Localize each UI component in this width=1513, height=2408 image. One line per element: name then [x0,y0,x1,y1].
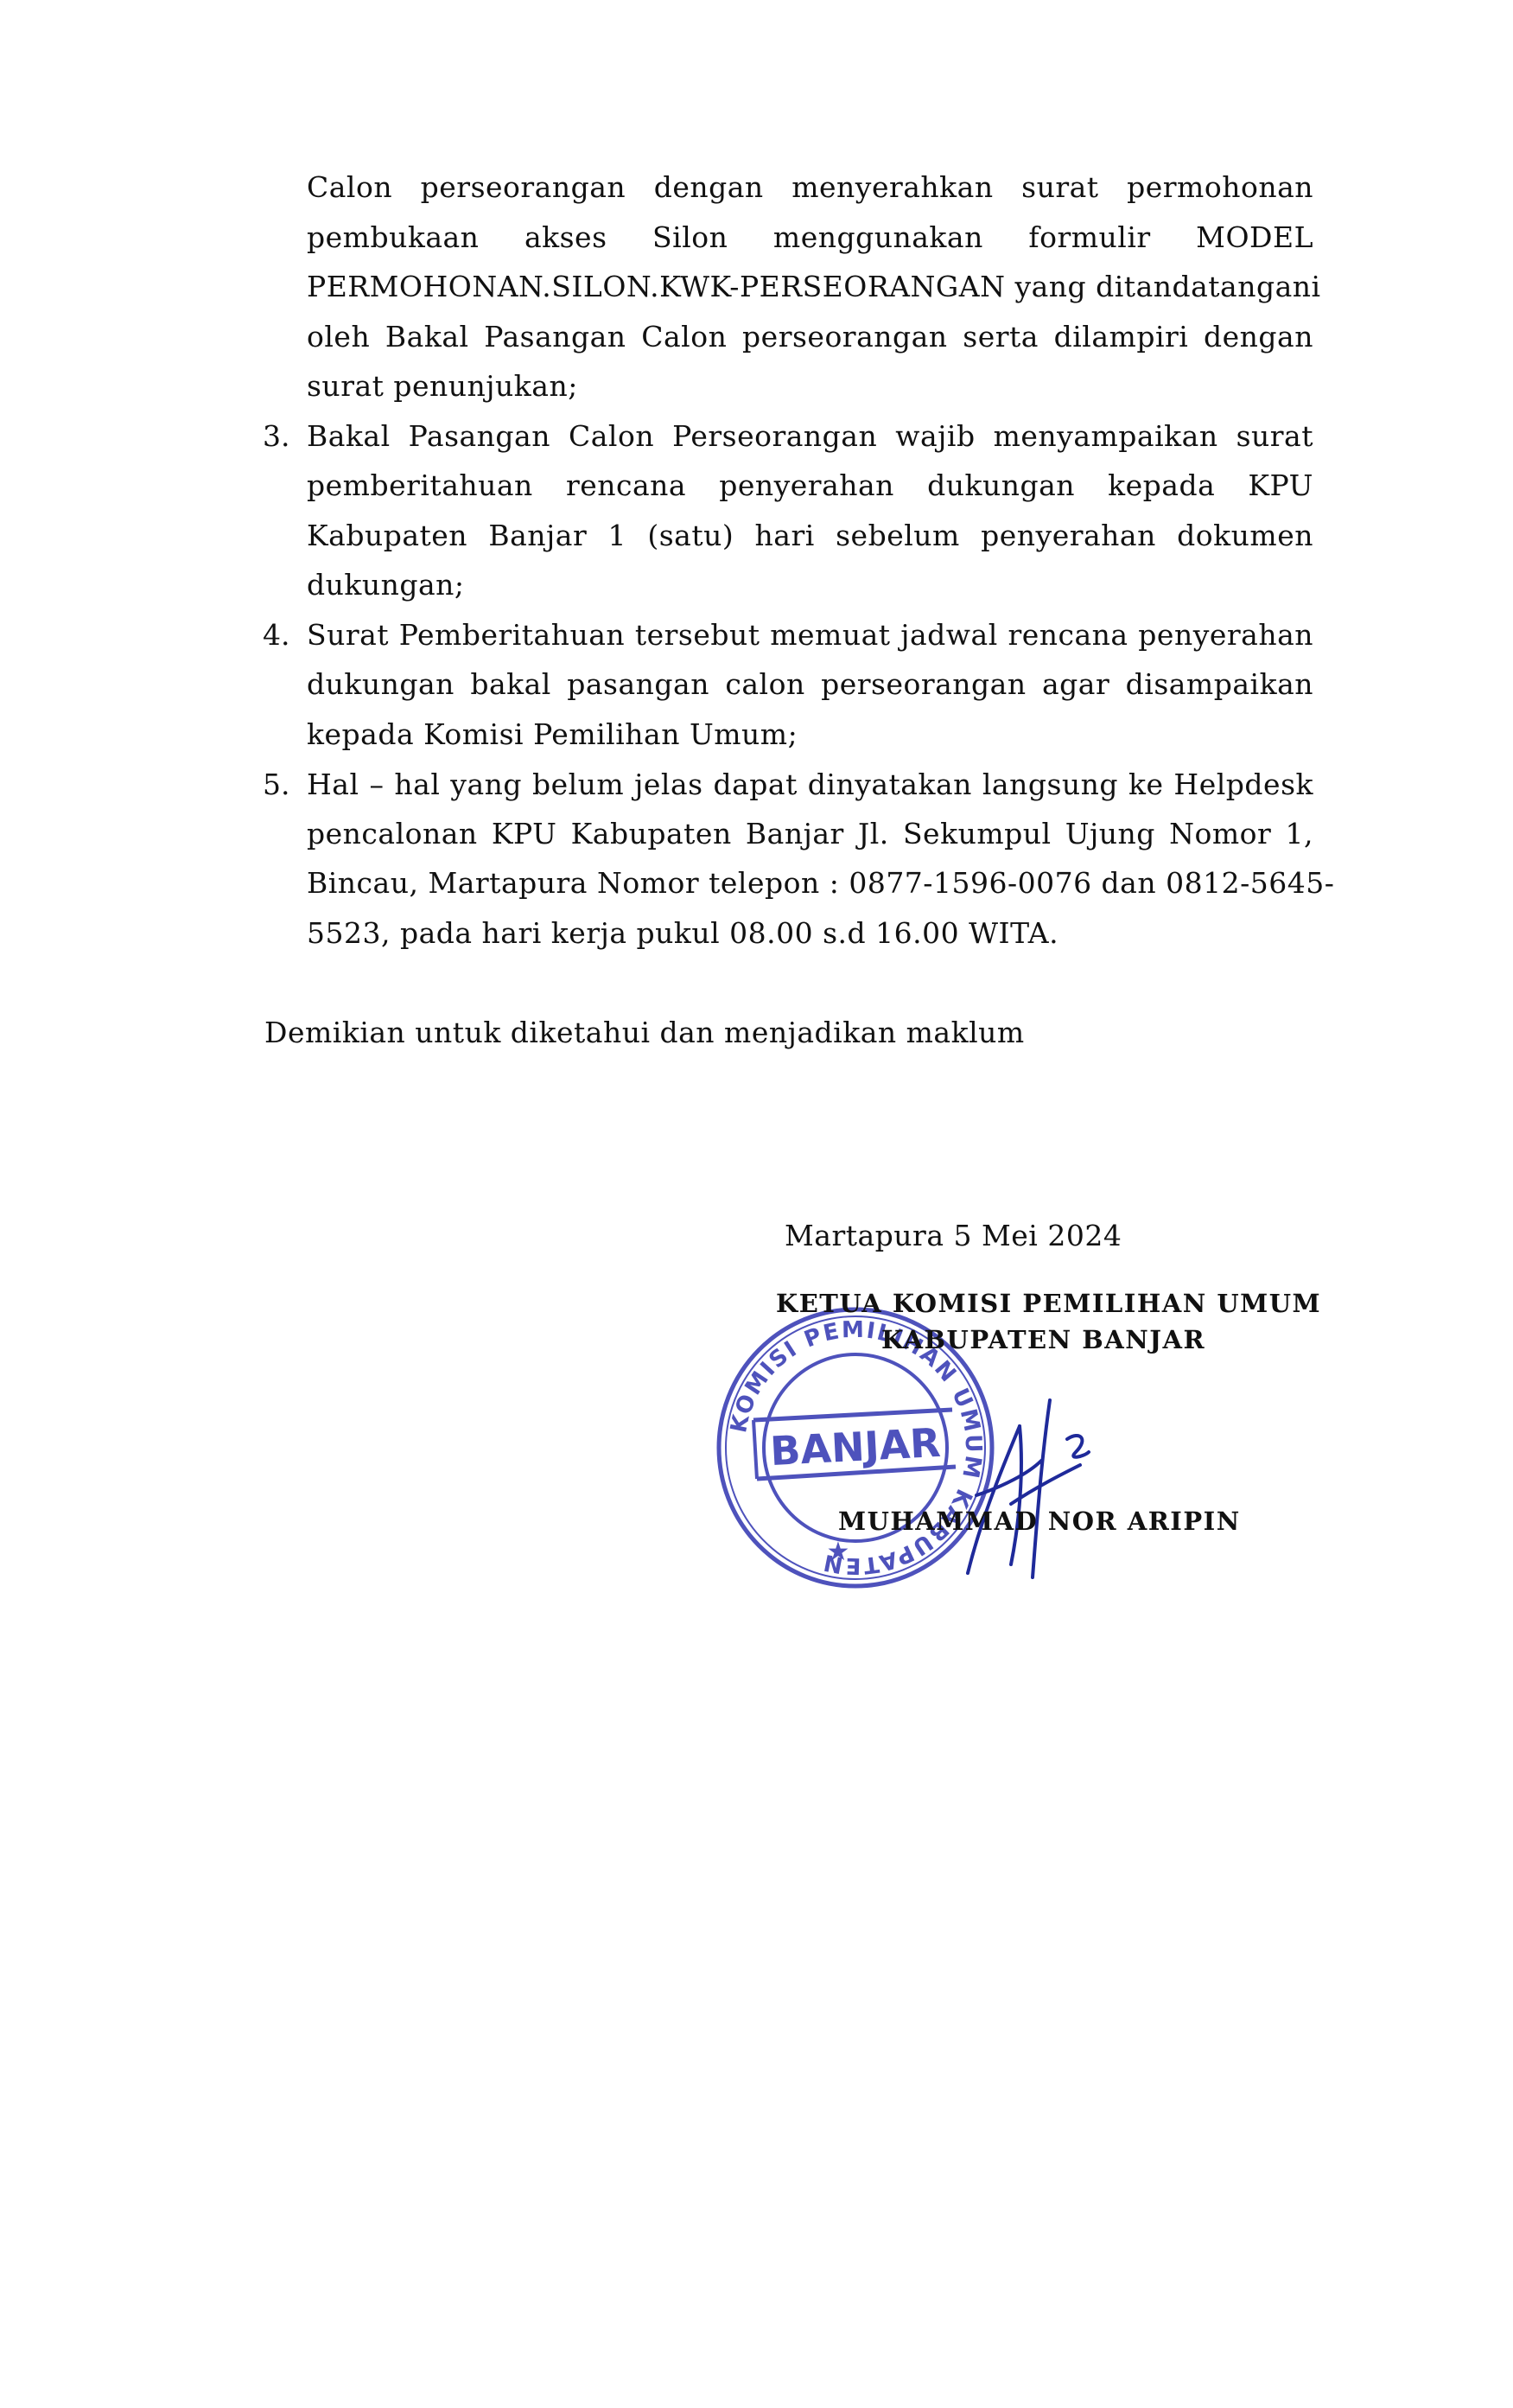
closing-statement: Demikian untuk diketahui dan menjadikan … [264,1016,1025,1050]
signatory-name: MUHAMMAD NOR ARIPIN [838,1504,1241,1538]
list-item-line: Bincau, Martapura Nomor telepon : 0877-1… [307,866,1313,901]
paragraph-line: pembukaan akses Silon menggunakan formul… [307,220,1313,255]
svg-text:★: ★ [827,1537,850,1567]
place-date: Martapura 5 Mei 2024 [785,1219,1122,1253]
list-number: 5. [263,768,290,802]
list-item-line: Kabupaten Banjar 1 (satu) hari sebelum p… [307,519,1313,553]
svg-text:BANJAR: BANJAR [769,1419,942,1475]
paragraph-line: oleh Bakal Pasangan Calon perseorangan s… [307,320,1313,354]
list-item-line: Surat Pemberitahuan tersebut memuat jadw… [307,618,1313,653]
handwritten-signature-icon [959,1392,1097,1582]
list-number: 4. [263,618,290,653]
signatory-title-line1: KETUA KOMISI PEMILIHAN UMUM [776,1286,1321,1321]
list-item-line: Bakal Pasangan Calon Perseorangan wajib … [307,419,1313,454]
list-number: 3. [263,419,290,454]
paragraph-line: Calon perseorangan dengan menyerahkan su… [307,170,1313,205]
list-item-line: kepada Komisi Pemilihan Umum; [307,717,798,752]
list-item-line: Hal – hal yang belum jelas dapat dinyata… [307,768,1313,802]
paragraph-line: PERMOHONAN.SILON.KWK-PERSEORANGAN yang d… [307,270,1313,304]
signatory-title-line2: KABUPATEN BANJAR [881,1322,1205,1357]
paragraph-line: surat penunjukan; [307,369,578,404]
list-item-line: pencalonan KPU Kabupaten Banjar Jl. Seku… [307,817,1313,851]
list-item-line: 5523, pada hari kerja pukul 08.00 s.d 16… [307,916,1058,951]
list-item-line: dukungan bakal pasangan calon perseorang… [307,667,1313,702]
list-item-line: pemberitahuan rencana penyerahan dukunga… [307,468,1313,503]
list-item-line: dukungan; [307,568,465,602]
document-page: Calon perseorangan dengan menyerahkan su… [0,0,1513,2408]
